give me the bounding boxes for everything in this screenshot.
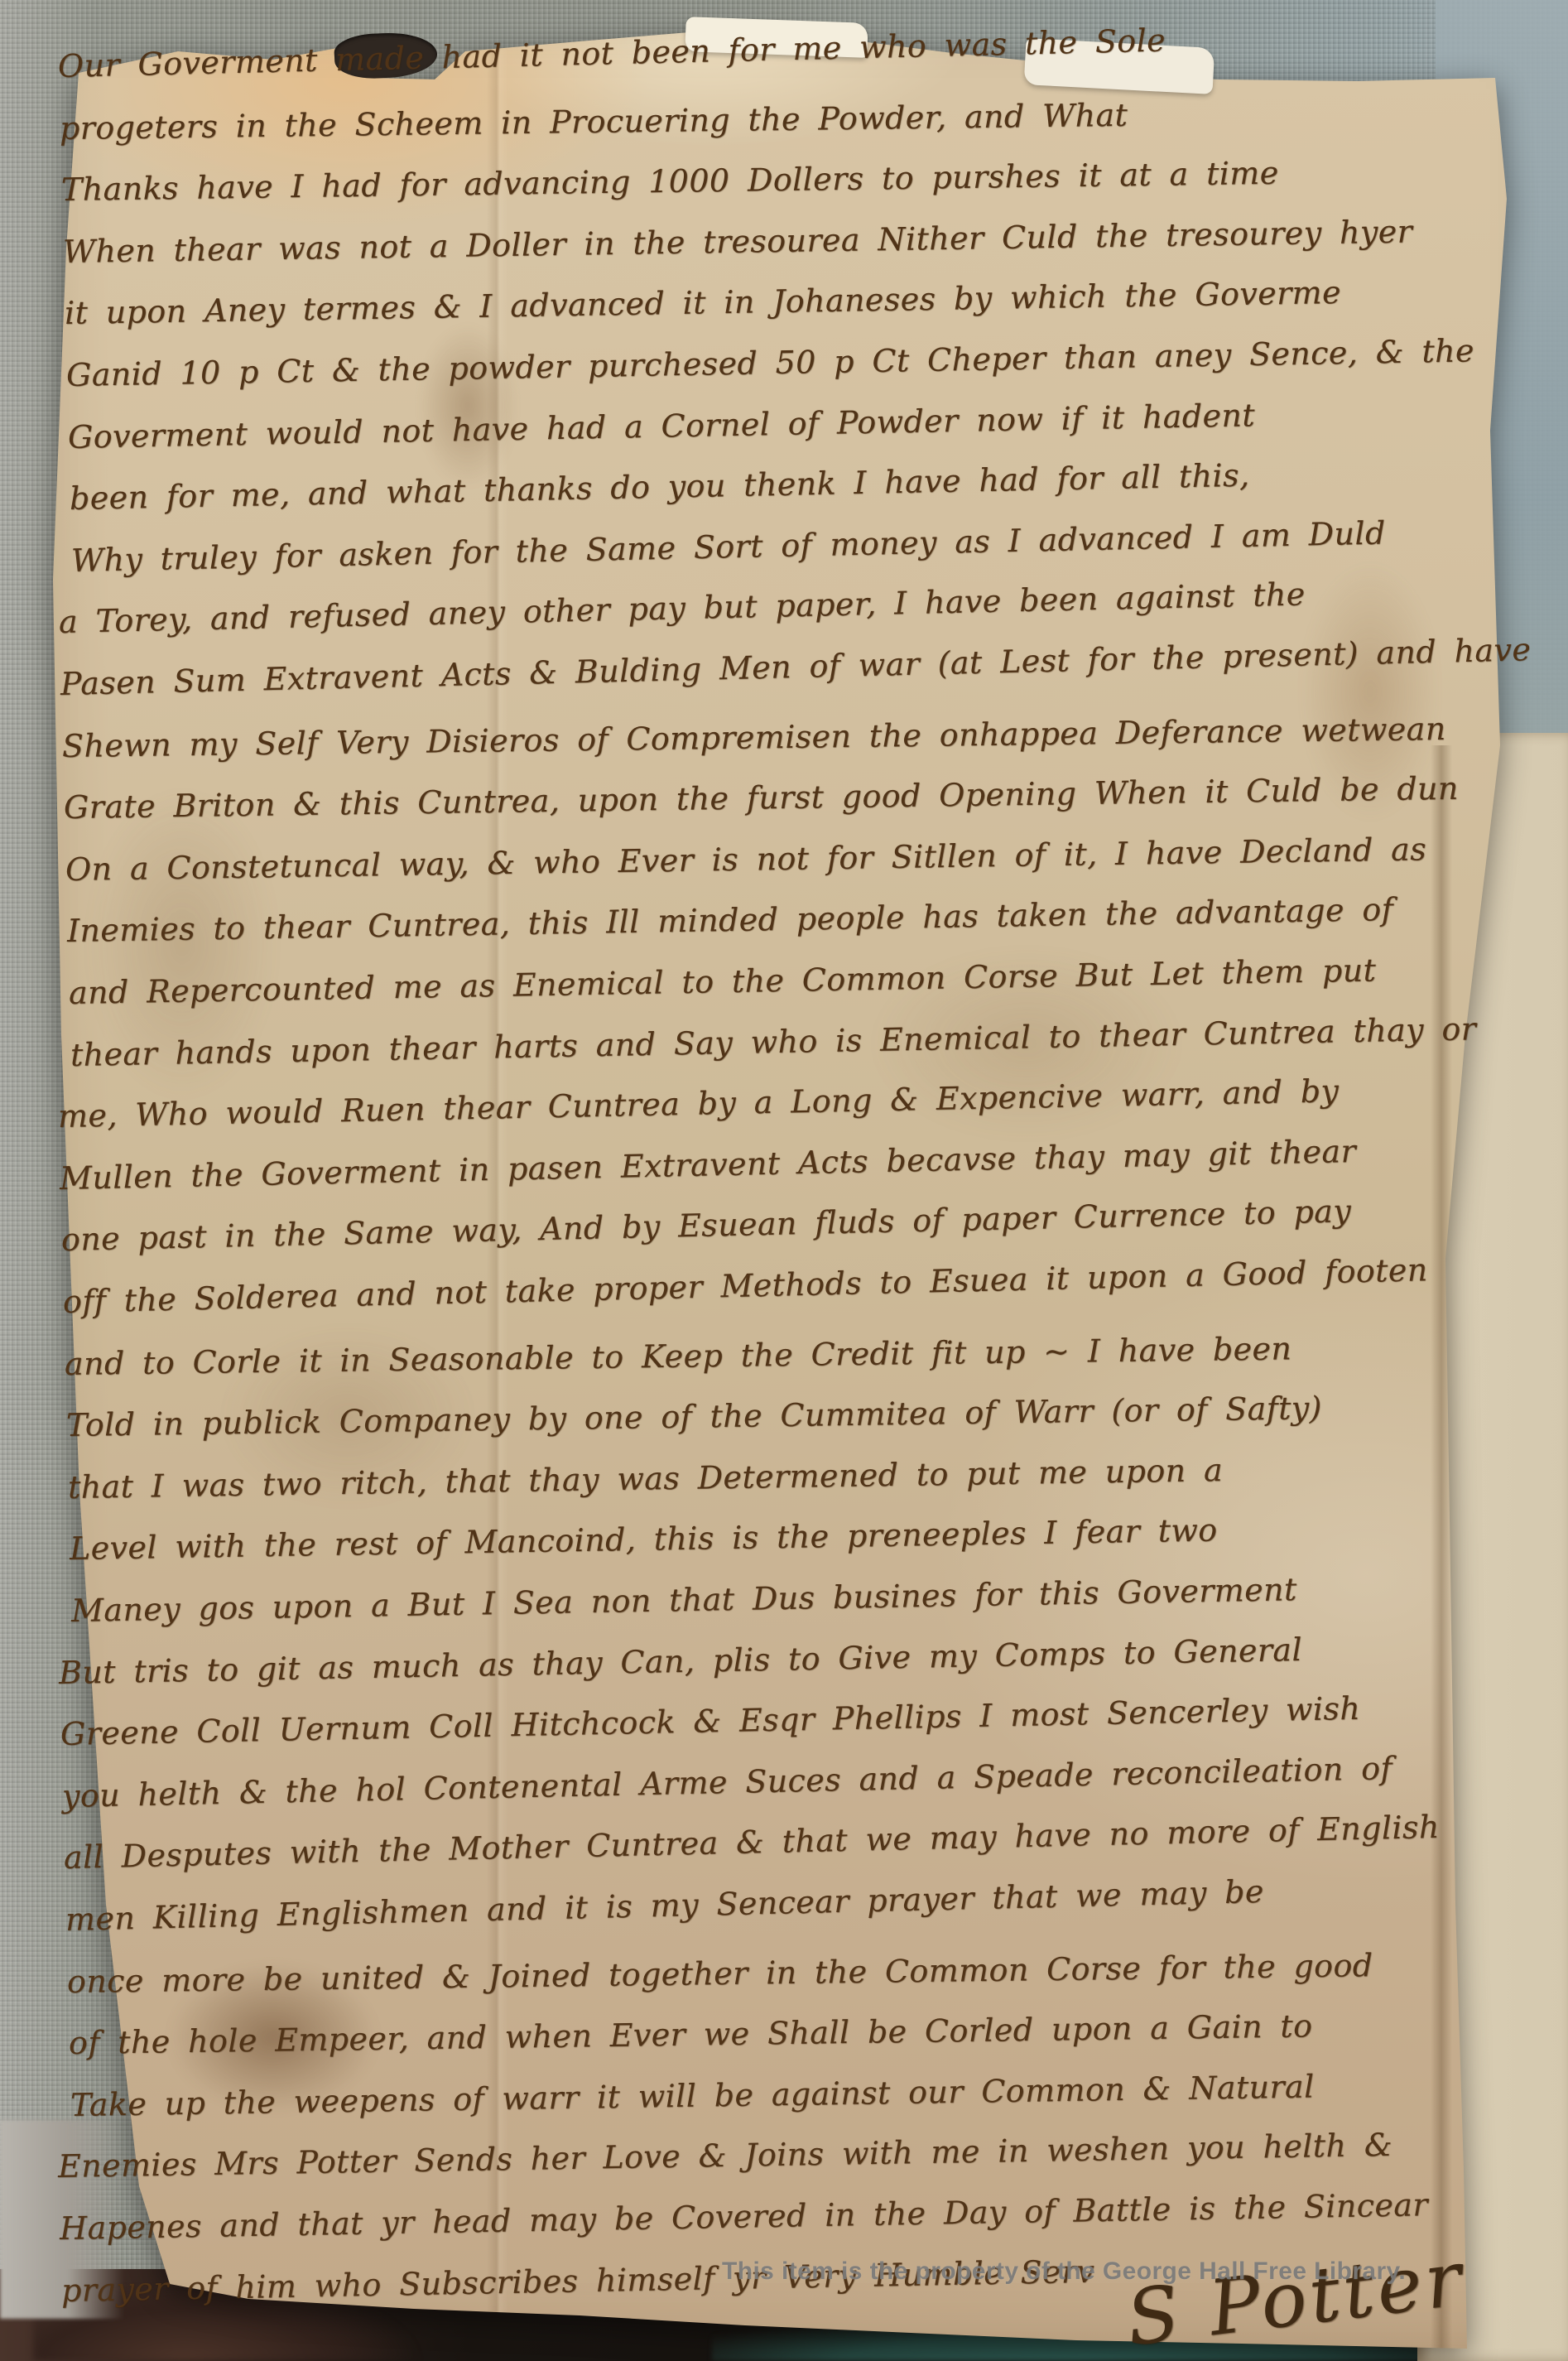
paper-stain: [1275, 513, 1465, 870]
right-edge-crease: [1431, 745, 1452, 2352]
photo-canvas: Our Goverment made had it not been for m…: [0, 0, 1568, 2361]
watermark-text: This item is the property of the George …: [722, 2257, 1550, 2286]
